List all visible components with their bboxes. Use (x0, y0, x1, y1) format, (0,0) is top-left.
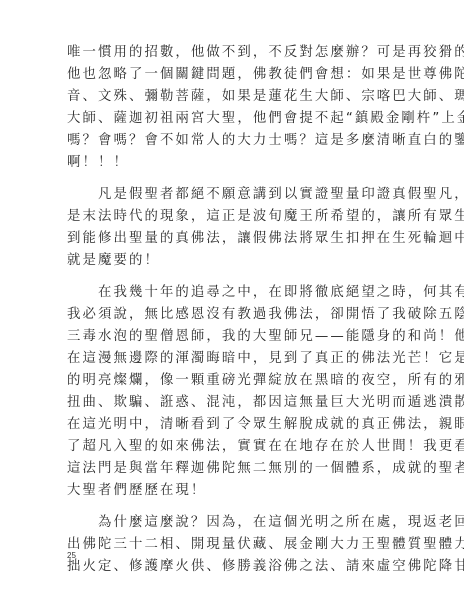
paragraph-3: 在我幾十年的追尋之中，在即將徹底絕望之時，何其有幸， 我必須說，無比感恩沒有教過… (67, 282, 417, 502)
text-line: 拙火定、修護摩火供、修勝義浴佛之法、請來虛空佛陀降甘露等 (67, 556, 417, 578)
text-line: 啊！！！ (67, 152, 417, 174)
page-number: 25 (67, 551, 76, 560)
paragraph-4: 為什麼這麼說？因為，在這個光明之所在處，現返老回春、 出佛陀三十二相、開現量伏藏… (67, 512, 417, 578)
text-line: 在這光明中，清晰看到了令眾生解脫成就的真正佛法，親眼見到 (67, 414, 417, 436)
text-line: 凡是假聖者都絕不願意講到以實證聖量印證真假聖凡，這正 (67, 184, 417, 206)
paragraph-2: 凡是假聖者都絕不願意講到以實證聖量印證真假聖凡，這正 是末法時代的現象，這正是波… (67, 184, 417, 272)
text-line: 在這漫無邊際的渾濁晦暗中，見到了真正的佛法光芒！它是那麼 (67, 348, 417, 370)
text-line: 我必須說，無比感恩沒有教過我佛法，卻開悟了我破除五陰浮雲、 (67, 304, 417, 326)
text-line: 大師、薩迦初祖兩宮大聖，他們會提不起“鎮殿金剛杵”上金階 (67, 108, 417, 130)
text-line: 就是魔要的！ (67, 250, 417, 272)
text-line: 嗎？會嗎？會不如常人的大力士嗎？這是多麼清晰直白的鑒別 (67, 130, 417, 152)
text-line: 大聖者們歷歷在現！ (67, 480, 417, 502)
text-line: 是末法時代的現象，這正是波旬魔王所希望的，讓所有眾生學不 (67, 206, 417, 228)
text-line: 三毒水泡的聖僧恩師，我的大聖師兄——能隱身的和尚！他讓我 (67, 326, 417, 348)
text-line: 出佛陀三十二相、開現量伏藏、展金剛大力王聖體質聖體力，修 (67, 534, 417, 556)
text-line: 在我幾十年的追尋之中，在即將徹底絕望之時，何其有幸， (67, 282, 417, 304)
text-line: 音、文殊、彌勒菩薩，如果是蓮花生大師、宗喀巴大師、瑪爾巴 (67, 86, 417, 108)
paragraph-1: 唯一慣用的招數，他做不到，不反對怎麼辦？可是再狡猾的貨色， 他也忽略了一個關鍵問… (67, 42, 417, 174)
text-line: 的明亮燦爛，像一顆重磅光彈綻放在黑暗的夜空，所有的邪惡、 (67, 370, 417, 392)
text-line: 他也忽略了一個關鍵問題，佛教徒們會想：如果是世尊佛陀、觀 (67, 64, 417, 86)
text-line: 為什麼這麼說？因為，在這個光明之所在處，現返老回春、 (67, 512, 417, 534)
text-line: 了超凡入聖的如來佛法，實實在在地存在於人世間！我更看到了 (67, 436, 417, 458)
body-text: 唯一慣用的招數，他做不到，不反對怎麼辦？可是再狡猾的貨色， 他也忽略了一個關鍵問… (67, 42, 417, 588)
document-page: 唯一慣用的招數，他做不到，不反對怎麼辦？可是再狡猾的貨色， 他也忽略了一個關鍵問… (0, 0, 464, 600)
text-line: 唯一慣用的招數，他做不到，不反對怎麼辦？可是再狡猾的貨色， (67, 42, 417, 64)
text-line: 這法門是與當年釋迦佛陀無二無別的一個體系，成就的聖者們、 (67, 458, 417, 480)
text-line: 到能修出聖量的真佛法，讓假佛法將眾生扣押在生死輪迴中，這 (67, 228, 417, 250)
text-line: 扭曲、欺騙、誑惑、混沌，都因這無量巨大光明而遁逃潰散，我 (67, 392, 417, 414)
